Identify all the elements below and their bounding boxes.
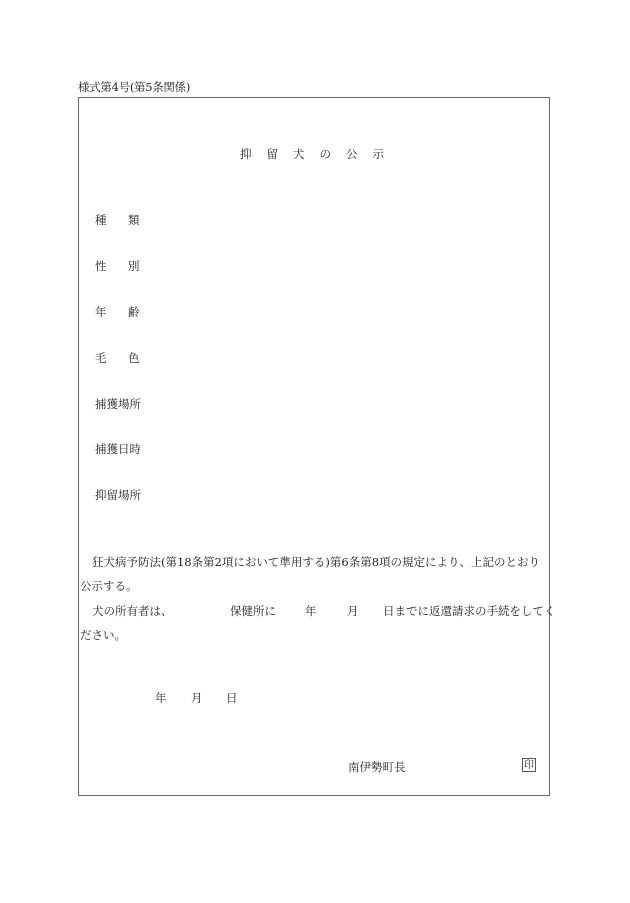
body-line-3c: 年 [305,603,317,619]
body-line-3e: 日までに返還請求の手続をしてく [383,603,556,619]
label-char: 色 [128,350,161,366]
title-char: 留 [267,146,294,162]
label-char: 種 [95,212,128,228]
date-month: 月 [191,690,203,706]
title-char: 犬 [293,146,320,162]
label-char: 年 [95,304,128,320]
field-capture-location: 捕獲場所 [95,396,141,412]
label-char: 類 [128,212,161,228]
notice-frame [78,97,550,796]
title-char: の [320,146,347,162]
body-line-4: ださい。 [80,627,126,643]
date-year: 年 [155,690,167,706]
field-sex: 性別 [95,258,161,274]
document-title: 抑留犬の公示 [240,146,399,162]
field-breed: 種類 [95,212,161,228]
title-char: 公 [346,146,373,162]
title-char: 抑 [240,146,267,162]
body-line-3d: 月 [347,603,359,619]
label-char: 毛 [95,350,128,366]
seal-mark: 印 [522,758,536,772]
body-line-1: 狂犬病予防法(第18条第2項において準用する)第6条第8項の規定により、上記のと… [92,554,540,570]
issuer-name: 南伊勢町長 [348,759,406,775]
form-number: 様式第4号(第5条関係) [78,79,190,95]
label-char: 齢 [128,304,161,320]
body-line-2: 公示する。 [80,578,138,594]
field-capture-datetime: 捕獲日時 [95,441,141,457]
title-char: 示 [373,146,400,162]
label-char: 性 [95,258,128,274]
body-line-3a: 犬の所有者は、 [92,603,173,619]
body-line-3b: 保健所に [230,603,276,619]
date-day: 日 [226,690,238,706]
label-char: 別 [128,258,161,274]
field-coat-color: 毛色 [95,350,161,366]
field-detention-location: 抑留場所 [95,487,141,503]
field-age: 年齢 [95,304,161,320]
